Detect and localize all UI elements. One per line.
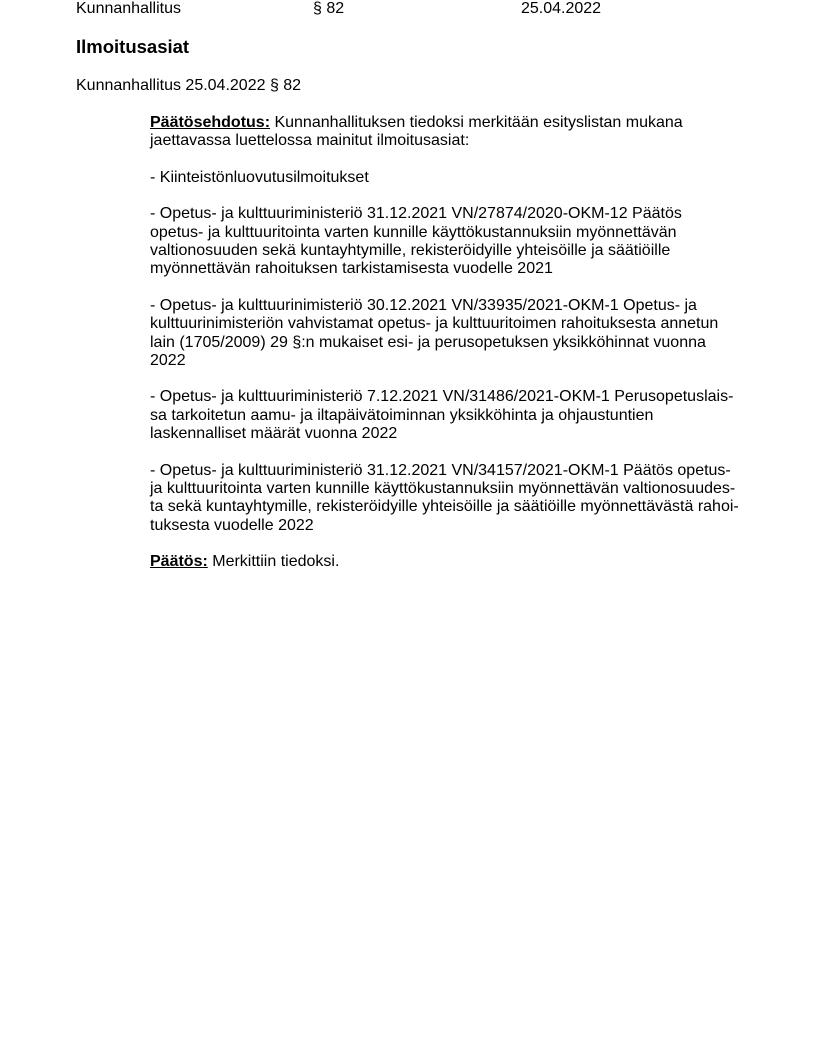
meeting-reference: Kunnanhallitus 25.04.2022 § 82 xyxy=(76,76,301,96)
notice-item-line: laskennalliset määrät vuonna 2022 xyxy=(150,425,760,443)
proposal-label: Päätösehdotus: xyxy=(150,114,270,131)
notice-item-line: myönnettävän rahoituksen tarkistamisesta… xyxy=(150,260,760,278)
notice-item-line: ja kulttuuritointa varten kunnille käytt… xyxy=(150,480,760,498)
notice-item-line: - Kiinteistönluovutusilmoitukset xyxy=(150,169,760,187)
proposal-text-line: Kunnanhallituksen tiedoksi merkitään esi… xyxy=(270,114,683,131)
notice-item-line: ta sekä kuntayhtymille, rekisteröidyille… xyxy=(150,498,760,516)
notice-item-line: opetus- ja kulttuuritointa varten kunnil… xyxy=(150,224,760,242)
notice-item-line: lain (1705/2009) 29 §:n mukaiset esi- ja… xyxy=(150,334,760,352)
header-meeting-date: 25.04.2022 xyxy=(521,0,601,19)
notice-item-line: - Opetus- ja kulttuuriministeriö 7.12.20… xyxy=(150,388,760,406)
notice-item-line: tuksesta vuodelle 2022 xyxy=(150,517,760,535)
notice-item: - Kiinteistönluovutusilmoitukset xyxy=(150,169,760,187)
notice-item-line: valtionosuuden sekä kuntayhtymille, reki… xyxy=(150,242,760,260)
decision-text: Merkittiin tiedoksi. xyxy=(208,553,340,570)
notice-item-line: 2022 xyxy=(150,352,760,370)
notice-item: - Opetus- ja kulttuuriministeriö 31.12.2… xyxy=(150,205,760,278)
header-section-number: § 82 xyxy=(313,0,344,19)
notice-item-line: - Opetus- ja kulttuurinimisteriö 30.12.2… xyxy=(150,297,760,315)
notice-item-line: - Opetus- ja kulttuuriministeriö 31.12.2… xyxy=(150,462,760,480)
header-body-name: Kunnanhallitus xyxy=(76,0,181,19)
page-title: Ilmoitusasiat xyxy=(76,36,189,58)
notice-item-line: - Opetus- ja kulttuuriministeriö 31.12.2… xyxy=(150,205,760,223)
decision: Päätös: Merkittiin tiedoksi. xyxy=(150,553,760,571)
decision-label: Päätös: xyxy=(150,553,208,570)
notice-item: - Opetus- ja kulttuuriministeriö 7.12.20… xyxy=(150,388,760,443)
decision-proposal: Päätösehdotus: Kunnanhallituksen tiedoks… xyxy=(150,114,760,151)
proposal-text-line: jaettavassa luettelossa mainitut ilmoitu… xyxy=(150,132,760,150)
notice-item: - Opetus- ja kulttuurinimisteriö 30.12.2… xyxy=(150,297,760,370)
notice-items-list: - Kiinteistönluovutusilmoitukset- Opetus… xyxy=(150,169,760,535)
notice-item-line: sa tarkoitetun aamu- ja iltapäivätoiminn… xyxy=(150,407,760,425)
notice-item-line: kulttuurinimisteriön vahvistamat opetus-… xyxy=(150,315,760,333)
notice-item: - Opetus- ja kulttuuriministeriö 31.12.2… xyxy=(150,462,760,535)
document-content: Päätösehdotus: Kunnanhallituksen tiedoks… xyxy=(150,114,760,590)
document-header: Kunnanhallitus § 82 25.04.2022 xyxy=(76,0,776,19)
